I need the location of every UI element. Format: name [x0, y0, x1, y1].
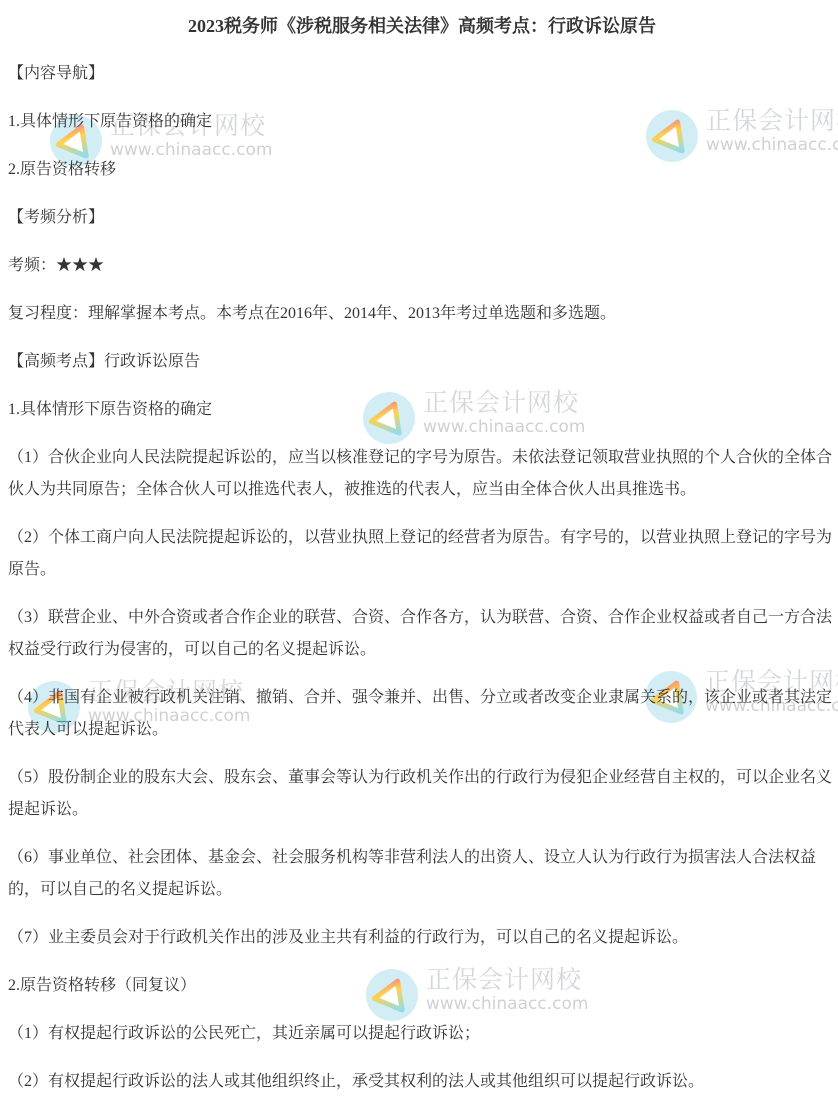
- section-label-key-point: 【高频考点】行政诉讼原告: [8, 346, 836, 378]
- rule-item-5-shareholding-enterprise: （5）股份制企业的股东大会、股东会、董事会等认为行政机关作出的行政行为侵犯企业经…: [8, 762, 836, 826]
- frequency-star-rating: 考频：★★★: [8, 250, 836, 282]
- document-page: 正保会计网校 www.chinaacc.com 正保会计网校 www.china…: [0, 0, 838, 1102]
- rule-item-4-non-state-enterprise: （4）非国有企业被行政机关注销、撤销、合并、强令兼并、出售、分立或者改变企业隶属…: [8, 682, 836, 746]
- page-title: 2023税务师《涉税服务相关法律》高频考点：行政诉讼原告: [8, 10, 836, 42]
- section-label-content-navigation: 【内容导航】: [8, 58, 836, 90]
- transfer-item-1-citizen-death: （1）有权提起行政诉讼的公民死亡，其近亲属可以提起行政诉讼；: [8, 1018, 836, 1050]
- rule-item-7-owners-committee: （7）业主委员会对于行政机关作出的涉及业主共有利益的行政行为，可以自己的名义提起…: [8, 922, 836, 954]
- article-body: 2023税务师《涉税服务相关法律》高频考点：行政诉讼原告 【内容导航】 1.具体…: [0, 0, 838, 1098]
- heading-qualification-transfer: 2.原告资格转移（同复议）: [8, 970, 836, 1002]
- rule-item-1-partnership: （1）合伙企业向人民法院提起诉讼的，应当以核准登记的字号为原告。未依法登记领取营…: [8, 442, 836, 506]
- heading-plaintiff-qualification: 1.具体情形下原告资格的确定: [8, 394, 836, 426]
- nav-item-2: 2.原告资格转移: [8, 154, 836, 186]
- rule-item-2-individual-business: （2）个体工商户向人民法院提起诉讼的，以营业执照上登记的经营者为原告。有字号的，…: [8, 522, 836, 586]
- review-level-note: 复习程度：理解掌握本考点。本考点在2016年、2014年、2013年考过单选题和…: [8, 298, 836, 330]
- transfer-item-2-organization-termination: （2）有权提起行政诉讼的法人或其他组织终止，承受其权利的法人或其他组织可以提起行…: [8, 1066, 836, 1098]
- rule-item-3-joint-venture: （3）联营企业、中外合资或者合作企业的联营、合资、合作各方，认为联营、合资、合作…: [8, 602, 836, 666]
- nav-item-1: 1.具体情形下原告资格的确定: [8, 106, 836, 138]
- rule-item-6-nonprofit-legal-person: （6）事业单位、社会团体、基金会、社会服务机构等非营利法人的出资人、设立人认为行…: [8, 842, 836, 906]
- section-label-frequency-analysis: 【考频分析】: [8, 202, 836, 234]
